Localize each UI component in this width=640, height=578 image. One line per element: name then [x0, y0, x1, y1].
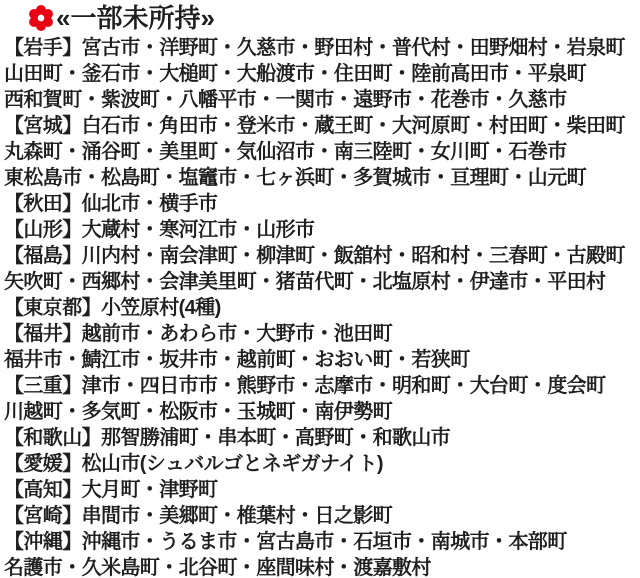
flower-icon	[28, 5, 54, 31]
list-line: 西和賀町・紫波町・八幡平市・一関市・遠野市・花巻市・久慈市	[2, 87, 640, 113]
page-title: «一部未所持»	[28, 3, 640, 33]
list-line: 東松島市・松島町・塩竈市・七ヶ浜町・多賀城市・亘理町・山元町	[2, 165, 640, 191]
list-line: 矢吹町・西郷村・会津美里町・猪苗代町・北塩原村・伊達市・平田村	[2, 269, 640, 295]
list-line: 山田町・釜石市・大槌町・大船渡市・住田町・陸前高田市・平泉町	[2, 61, 640, 87]
list-line: 【宮城】白石市・角田市・登米市・蔵王町・大河原町・村田町・柴田町	[2, 113, 640, 139]
list-line: 福井市・鯖江市・坂井市・越前町・おおい町・若狭町	[2, 347, 640, 373]
list-line: 【和歌山】那智勝浦町・串本町・高野町・和歌山市	[2, 425, 640, 451]
list-line: 川越町・多気町・松阪市・玉城町・南伊勢町	[2, 399, 640, 425]
list-line: 【福井】越前市・あわら市・大野市・池田町	[2, 321, 640, 347]
list-line: 【愛媛】松山市(シュバルゴとネギガナイト)	[2, 451, 640, 477]
list-line: 【岩手】宮古市・洋野町・久慈市・野田村・普代村・田野畑村・岩泉町	[2, 35, 640, 61]
list-line: 名護市・久米島町・北谷町・座間味村・渡嘉敷村	[2, 555, 640, 578]
list-line: 【宮崎】串間市・美郷町・椎葉村・日之影町	[2, 503, 640, 529]
page: «一部未所持» 【岩手】宮古市・洋野町・久慈市・野田村・普代村・田野畑村・岩泉町…	[0, 0, 640, 578]
list-line: 【秋田】仙北市・横手市	[2, 191, 640, 217]
list-line: 【福島】川内村・南会津町・柳津町・飯舘村・昭和村・三春町・古殿町	[2, 243, 640, 269]
page-title-text: «一部未所持»	[56, 3, 215, 33]
list-line: 【三重】津市・四日市市・熊野市・志摩市・明和町・大台町・度会町	[2, 373, 640, 399]
municipality-list: 【岩手】宮古市・洋野町・久慈市・野田村・普代村・田野畑村・岩泉町山田町・釜石市・…	[2, 35, 640, 578]
list-line: 【沖縄】沖縄市・うるま市・宮古島市・石垣市・南城市・本部町	[2, 529, 640, 555]
list-line: 【東京都】小笠原村(4種)	[2, 295, 640, 321]
list-line: 【高知】大月町・津野町	[2, 477, 640, 503]
list-line: 【山形】大蔵村・寒河江市・山形市	[2, 217, 640, 243]
list-line: 丸森町・涌谷町・美里町・気仙沼市・南三陸町・女川町・石巻市	[2, 139, 640, 165]
